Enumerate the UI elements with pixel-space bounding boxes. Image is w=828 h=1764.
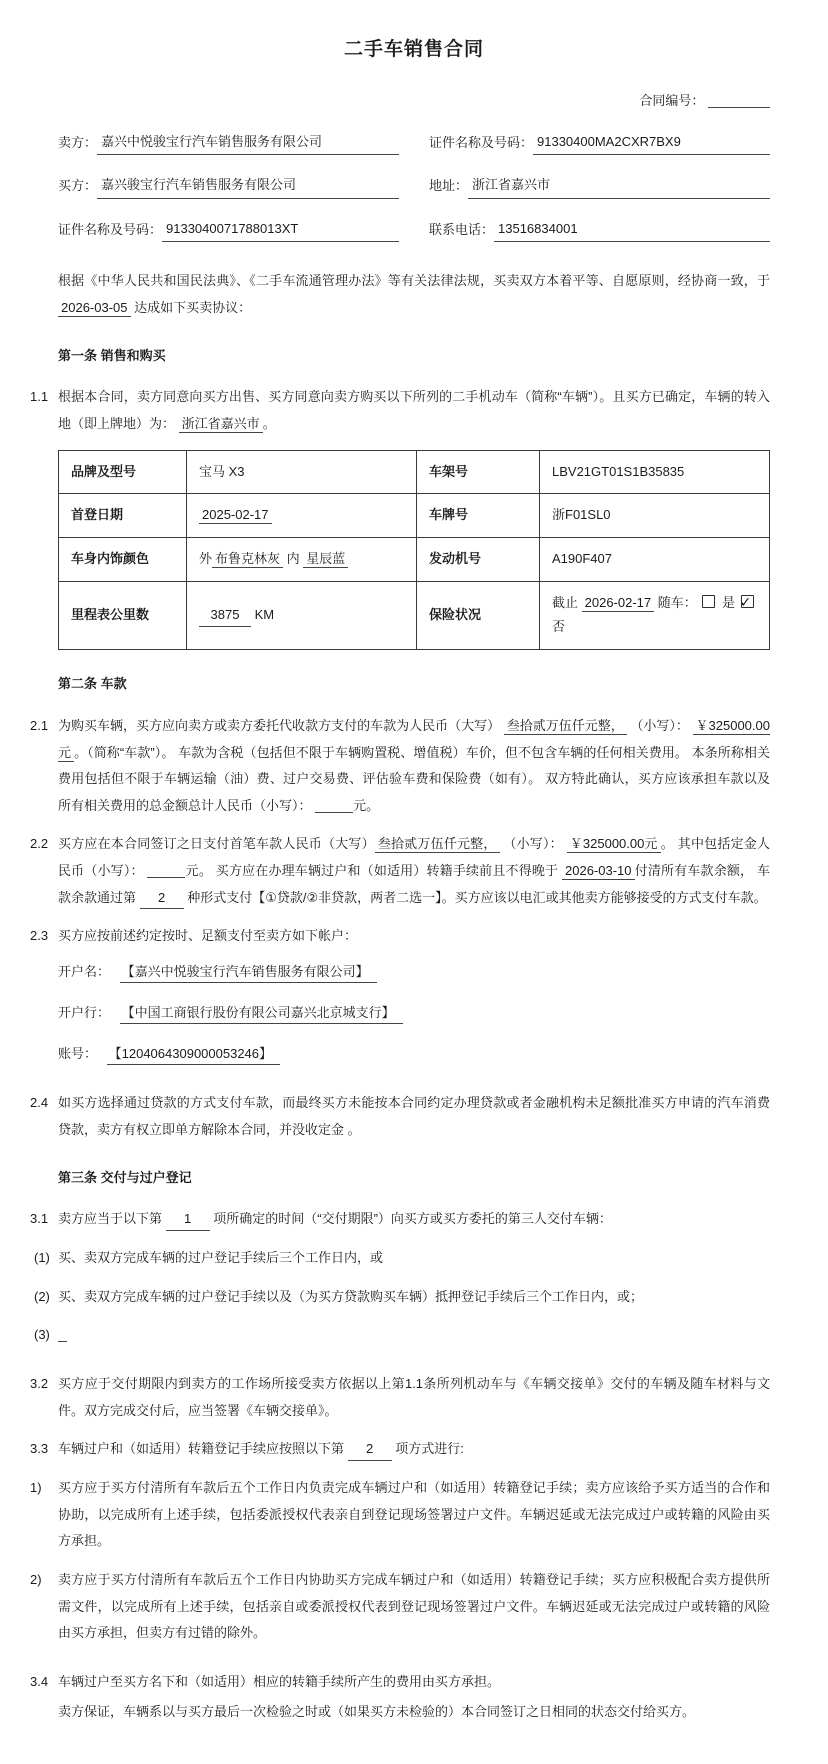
- filled-underline-value: 浙江省嘉兴市: [179, 416, 263, 433]
- section1-heading: 第一条 销售和购买: [58, 346, 770, 367]
- text-run: （小写）：: [500, 836, 567, 851]
- party-info-grid: 卖方： 嘉兴中悦骏宝行汽车销售服务有限公司 证件名称及号码： 91330400M…: [58, 132, 770, 243]
- text-run: 为购买车辆，买方应向卖方或卖方委托代收款方支付的车款为人民币（大写）: [58, 718, 504, 733]
- text-run: 车辆过户和（如适用）转籍登记手续应按照以下第: [58, 1441, 348, 1456]
- buyer-cert-value: 9133040071788013XT: [162, 219, 399, 243]
- account-number-label: 账号：: [58, 1046, 103, 1061]
- first-reg-date-value: 2025-02-17: [187, 494, 417, 538]
- text-run: 达成如下买卖协议：: [131, 300, 252, 315]
- insurance-value: 截止 2026-02-17 随车： 是 否: [540, 581, 770, 649]
- mileage-value: 3875 KM: [187, 581, 417, 649]
- filled-underline-value: 2: [140, 888, 184, 910]
- text-run: 宝马 X3: [199, 464, 245, 479]
- buyer-cert-field: 证件名称及号码： 9133040071788013XT: [58, 219, 399, 243]
- text-run: A190F407: [552, 551, 612, 566]
- blank-underline-field: [315, 798, 353, 813]
- address-field: 地址： 浙江省嘉兴市: [429, 175, 770, 199]
- filled-underline-value: 叁拾贰万伍仟元整，: [504, 718, 627, 735]
- filled-underline-value: ￥325000.00元: [567, 836, 661, 853]
- delivery-option-3: (3): [58, 1322, 770, 1349]
- text-run: 买方应于交付期限内到卖方的工作场所接受卖方依据以上第1.1条所列机动车与《车辆交…: [58, 1376, 770, 1418]
- blank-underline-field: [147, 863, 185, 878]
- text-run: 截止: [552, 595, 582, 610]
- account-name-row: 开户名： 【嘉兴中悦骏宝行汽车销售服务有限公司】: [58, 962, 770, 983]
- first-reg-date-label: 首登日期: [59, 494, 187, 538]
- vin-value: LBV21GT01S1B35835: [540, 450, 770, 494]
- text-run: 买方应按前述约定按时、足额支付至卖方如下帐户：: [58, 928, 357, 943]
- text-run: 买方应于买方付清所有车款后五个工作日内负责完成车辆过户和（如适用）转籍登记手续；…: [58, 1480, 770, 1548]
- seller-value: 嘉兴中悦骏宝行汽车销售服务有限公司: [97, 132, 399, 156]
- text-run: 卖方保证，车辆系以与买方最后一次检验之时或（如果买方未检验的）本合同签订之日相同…: [58, 1704, 695, 1719]
- text-run: 种形式支付【①贷款/②非贷款，两者二选一】。买方应该以电汇或其他卖方能够接受的方…: [184, 890, 767, 905]
- phone-label: 联系电话：: [429, 220, 494, 243]
- clause-3-2-number: 3.2: [30, 1371, 48, 1398]
- seller-cert-field: 证件名称及号码： 91330400MA2CXR7BX9: [429, 132, 770, 156]
- text-run: LBV21GT01S1B35835: [552, 464, 684, 479]
- clause-3-2: 3.2 买方应于交付期限内到卖方的工作场所接受卖方依据以上第1.1条所列机动车与…: [58, 1371, 770, 1424]
- text-run: 元。: [353, 798, 379, 813]
- address-label: 地址：: [429, 176, 468, 199]
- text-run: 浙F01SL0: [552, 507, 611, 522]
- clause-2-1-number: 2.1: [30, 713, 48, 740]
- text-run: 外: [199, 551, 212, 566]
- text-run: 卖方应于买方付清所有车款后五个工作日内协助买方完成车辆过户和（如适用）转籍登记手…: [58, 1572, 770, 1640]
- transfer-way-1-number: 1): [30, 1475, 42, 1502]
- insurance-yes-checkbox[interactable]: [702, 595, 715, 608]
- vehicle-info-table: 品牌及型号 宝马 X3 车架号 LBV21GT01S1B35835 首登日期 2…: [58, 450, 770, 650]
- account-number-value: 【1204064309000053246】: [107, 1046, 280, 1065]
- text-run: 。: [263, 416, 276, 431]
- account-name-label: 开户名：: [58, 964, 116, 979]
- contract-no-label: 合同编号：: [639, 93, 704, 108]
- filled-underline-value: 3875: [199, 605, 251, 627]
- insurance-label: 保险状况: [417, 581, 540, 649]
- delivery-option-2-number: (2): [34, 1284, 50, 1311]
- transfer-way-1: 1) 买方应于买方付清所有车款后五个工作日内负责完成车辆过户和（如适用）转籍登记…: [58, 1475, 770, 1555]
- text-run: 元。 买方应在办理车辆过户和（如适用）转籍手续前且不得晚于: [185, 863, 562, 878]
- text-run: 如买方选择通过贷款的方式支付车款，而最终买方未能按本合同约定办理贷款或者金融机构…: [58, 1095, 770, 1137]
- color-label: 车身内饰颜色: [59, 538, 187, 582]
- plate-no-label: 车牌号: [417, 494, 540, 538]
- buyer-label: 买方：: [58, 176, 97, 199]
- transfer-way-2-number: 2): [30, 1567, 42, 1594]
- text-run: 根据本合同，卖方同意向买方出售、买方同意向卖方购买以下所列的二手机动车（简称“车…: [58, 389, 770, 431]
- blank-underline-field: [58, 1327, 67, 1342]
- clause-1-1: 1.1 根据本合同，卖方同意向买方出售、买方同意向卖方购买以下所列的二手机动车（…: [58, 384, 770, 437]
- clause-2-2-number: 2.2: [30, 831, 48, 858]
- phone-field: 联系电话： 13516834001: [429, 219, 770, 243]
- clause-2-4-number: 2.4: [30, 1090, 48, 1117]
- text-run: 内: [283, 551, 303, 566]
- delivery-option-1-number: (1): [34, 1245, 50, 1272]
- account-name-value: 【嘉兴中悦骏宝行汽车销售服务有限公司】: [120, 964, 377, 983]
- contract-no-field: 合同编号：: [58, 91, 770, 112]
- filled-underline-value: 2026-03-10: [562, 863, 635, 880]
- buyer-value: 嘉兴骏宝行汽车销售服务有限公司: [97, 175, 399, 199]
- clause-2-3-number: 2.3: [30, 923, 48, 950]
- text-run: KM: [251, 607, 274, 622]
- clause-2-3: 2.3 买方应按前述约定按时、足额支付至卖方如下帐户：: [58, 923, 770, 950]
- filled-underline-value: 2025-02-17: [199, 507, 272, 524]
- text-run: 。（简称“车款”）。 车款为含税（包括但不限于车辆购置税、增值税）车价，但不包含…: [58, 745, 770, 813]
- text-run: 买方应在本合同签订之日支付首笔车款人民币（大写）: [58, 836, 375, 851]
- table-row: 首登日期 2025-02-17 车牌号 浙F01SL0: [59, 494, 770, 538]
- text-run: 根据《中华人民共和国民法典》、《二手车流通管理办法》等有关法律法规，买卖双方本着…: [58, 273, 770, 288]
- filled-underline-value: 星辰蓝: [303, 551, 348, 568]
- clause-3-4-number: 3.4: [30, 1669, 48, 1696]
- contract-page: 二手车销售合同 合同编号： 卖方： 嘉兴中悦骏宝行汽车销售服务有限公司 证件名称…: [0, 0, 828, 1764]
- bank-account-block: 开户名： 【嘉兴中悦骏宝行汽车销售服务有限公司】 开户行： 【中国工商银行股份有…: [58, 962, 770, 1064]
- clause-3-1-number: 3.1: [30, 1206, 48, 1233]
- mileage-label: 里程表公里数: [59, 581, 187, 649]
- text-run: 卖方应当于以下第: [58, 1211, 166, 1226]
- seller-field: 卖方： 嘉兴中悦骏宝行汽车销售服务有限公司: [58, 132, 399, 156]
- account-number-row: 账号： 【1204064309000053246】: [58, 1044, 770, 1065]
- seller-guarantee-paragraph: 卖方保证，车辆系以与买方最后一次检验之时或（如果买方未检验的）本合同签订之日相同…: [58, 1699, 770, 1726]
- transfer-way-2: 2) 卖方应于买方付清所有车款后五个工作日内协助买方完成车辆过户和（如适用）转籍…: [58, 1567, 770, 1647]
- engine-no-label: 发动机号: [417, 538, 540, 582]
- seller-label: 卖方：: [58, 133, 97, 156]
- brand-model-value: 宝马 X3: [187, 450, 417, 494]
- clause-1-1-number: 1.1: [30, 384, 48, 411]
- filled-underline-value: 布鲁克林灰: [212, 551, 283, 568]
- clause-2-2: 2.2 买方应在本合同签订之日支付首笔车款人民币（大写）叁拾贰万伍仟元整， （小…: [58, 831, 770, 911]
- table-row: 品牌及型号 宝马 X3 车架号 LBV21GT01S1B35835: [59, 450, 770, 494]
- engine-no-value: A190F407: [540, 538, 770, 582]
- table-row: 里程表公里数 3875 KM 保险状况 截止 2026-02-17 随车： 是 …: [59, 581, 770, 649]
- plate-no-value: 浙F01SL0: [540, 494, 770, 538]
- brand-model-label: 品牌及型号: [59, 450, 187, 494]
- text-run: 车辆过户至买方名下和（如适用）相应的转籍手续所产生的费用由买方承担。: [58, 1674, 500, 1689]
- buyer-field: 买方： 嘉兴骏宝行汽车销售服务有限公司: [58, 175, 399, 199]
- clause-2-1: 2.1 为购买车辆，买方应向卖方或卖方委托代收款方支付的车款为人民币（大写） 叁…: [58, 713, 770, 820]
- seller-cert-label: 证件名称及号码：: [429, 133, 533, 156]
- text-run: 项所确定的时间（“交付期限”）向买方或买方委托的第三人交付车辆：: [210, 1211, 612, 1226]
- filled-underline-value: 2: [348, 1439, 392, 1461]
- filled-underline-value: 叁拾贰万伍仟元整，: [375, 836, 500, 853]
- section2-heading: 第二条 车款: [58, 674, 770, 695]
- preamble-paragraph: 根据《中华人民共和国民法典》、《二手车流通管理办法》等有关法律法规，买卖双方本着…: [58, 268, 770, 321]
- text-run: 项方式进行:: [392, 1441, 464, 1456]
- vin-label: 车架号: [417, 450, 540, 494]
- bank-branch-row: 开户行： 【中国工商银行股份有限公司嘉兴北京城支行】: [58, 1003, 770, 1024]
- filled-underline-value: 1: [166, 1209, 210, 1231]
- clause-3-3-number: 3.3: [30, 1436, 48, 1463]
- text-run: 是: [718, 595, 738, 610]
- seller-cert-value: 91330400MA2CXR7BX9: [533, 132, 770, 156]
- text-run: 随车：: [654, 595, 700, 610]
- bank-branch-label: 开户行：: [58, 1005, 116, 1020]
- text-run: 否: [552, 619, 565, 634]
- page-title: 二手车销售合同: [58, 34, 770, 61]
- text-run: 买、卖双方完成车辆的过户登记手续后三个工作日内，或: [58, 1250, 383, 1265]
- delivery-option-1: (1) 买、卖双方完成车辆的过户登记手续后三个工作日内，或: [58, 1245, 770, 1272]
- filled-underline-value: 2026-03-05: [58, 300, 131, 317]
- contract-no-blank: [708, 93, 770, 108]
- phone-value: 13516834001: [494, 219, 770, 243]
- color-value: 外布鲁克林灰 内 星辰蓝: [187, 538, 417, 582]
- clause-3-1: 3.1 卖方应当于以下第 1 项所确定的时间（“交付期限”）向买方或买方委托的第…: [58, 1206, 770, 1233]
- address-value: 浙江省嘉兴市: [468, 175, 770, 199]
- delivery-option-3-number: (3): [34, 1322, 50, 1349]
- clause-3-4: 3.4 车辆过户至买方名下和（如适用）相应的转籍手续所产生的费用由买方承担。: [58, 1669, 770, 1696]
- text-run: （小写）：: [627, 718, 693, 733]
- section3-heading: 第三条 交付与过户登记: [58, 1168, 770, 1189]
- table-row: 车身内饰颜色 外布鲁克林灰 内 星辰蓝 发动机号 A190F407: [59, 538, 770, 582]
- text-run: 买、卖双方完成车辆的过户登记手续以及（为买方贷款购买车辆）抵押登记手续后三个工作…: [58, 1289, 643, 1304]
- buyer-cert-label: 证件名称及号码：: [58, 220, 162, 243]
- delivery-option-2: (2) 买、卖双方完成车辆的过户登记手续以及（为买方贷款购买车辆）抵押登记手续后…: [58, 1284, 770, 1311]
- bank-branch-value: 【中国工商银行股份有限公司嘉兴北京城支行】: [120, 1005, 403, 1024]
- clause-3-3: 3.3 车辆过户和（如适用）转籍登记手续应按照以下第 2 项方式进行:: [58, 1436, 770, 1463]
- insurance-no-checkbox[interactable]: [741, 595, 754, 608]
- filled-underline-value: 2026-02-17: [582, 595, 655, 612]
- clause-2-4: 2.4 如买方选择通过贷款的方式支付车款，而最终买方未能按本合同约定办理贷款或者…: [58, 1090, 770, 1143]
